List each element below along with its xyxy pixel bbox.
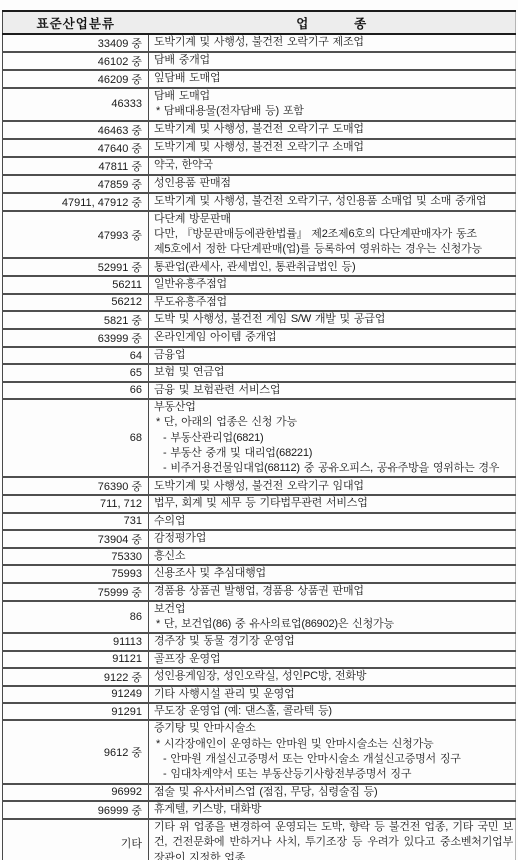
business-type-line: 골프장 운영업 — [154, 652, 513, 667]
business-type: 무도유흥주점업 — [149, 294, 516, 311]
table-row: 63999 중온라인게임 아이템 중개업 — [3, 329, 516, 347]
industry-code: 47911, 47912 중 — [3, 193, 149, 211]
business-type-line: 도박기계 및 사행성, 불건전 오락기구, 성인용품 소매업 및 소매 중개업 — [154, 194, 513, 209]
business-type: 담배 중개업 — [149, 52, 516, 70]
table-row: 96999 중휴게텔, 키스방, 대화방 — [3, 801, 516, 819]
business-type-line: 경주장 및 동물 경기장 운영업 — [154, 634, 513, 649]
business-type: 잎담배 도매업 — [149, 70, 516, 88]
business-type: 일반유흥주점업 — [149, 276, 516, 293]
business-type: 온라인게임 아이템 중개업 — [149, 329, 516, 347]
business-type-line: * 단, 아래의 업종은 신청 가능 — [154, 415, 513, 430]
table-row: 46209 중잎담배 도매업 — [3, 70, 516, 88]
business-type: 담배 도매업* 담배대용물(전자담배 등) 포함 — [149, 88, 516, 121]
business-type-line: 도박기계 및 사행성, 불건전 오락기구 제조업 — [154, 35, 513, 50]
industry-code: 66 — [3, 382, 149, 399]
industry-classification-table: 표준산업분류 업 종 33409 중도박기계 및 사행성, 불건전 오락기구 제… — [2, 10, 516, 860]
business-type-line: 통관업(관세사, 관세법인, 통관취급법인 등) — [154, 260, 513, 275]
industry-code: 5821 중 — [3, 311, 149, 329]
table-row: 66금융 및 보험관련 서비스업 — [3, 382, 516, 399]
business-type-line: 보건업 — [154, 602, 513, 617]
industry-code: 731 — [3, 513, 149, 530]
business-type: 도박기계 및 사행성, 불건전 오락기구 임대업 — [149, 477, 516, 495]
business-type-line: 성인용품 판매점 — [154, 176, 513, 191]
table-body: 33409 중도박기계 및 사행성, 불건전 오락기구 제조업46102 중담배… — [3, 34, 516, 860]
table-row: 65보험 및 연금업 — [3, 364, 516, 381]
industry-code: 47993 중 — [3, 211, 149, 259]
business-type-line: 약국, 한약국 — [154, 158, 513, 173]
business-type-line: 신용조사 및 추심대행업 — [154, 566, 513, 581]
business-type: 도박 및 사행성, 불건전 게임 S/W 개발 및 공급업 — [149, 311, 516, 329]
business-type-line: 경품용 상품권 발행업, 경품용 상품권 판매업 — [154, 584, 513, 599]
table-row: 76390 중도박기계 및 사행성, 불건전 오락기구 임대업 — [3, 477, 516, 495]
business-type-line: 보험 및 연금업 — [154, 365, 513, 380]
business-type: 보험 및 연금업 — [149, 364, 516, 381]
industry-code: 68 — [3, 399, 149, 477]
industry-code: 47859 중 — [3, 175, 149, 193]
industry-code: 63999 중 — [3, 329, 149, 347]
business-type-line: 담배 도매업 — [154, 89, 513, 104]
business-type-line: - 부동산관리업(6821) — [154, 431, 513, 446]
industry-code: 91249 — [3, 686, 149, 703]
business-type-line: * 담배대용물(전자담배 등) 포함 — [154, 104, 513, 119]
industry-code: 33409 중 — [3, 34, 149, 52]
business-type-line: - 임대차계약서 또는 부동산등기사항전부증명서 징구 — [154, 767, 513, 782]
business-type-line: 온라인게임 아이템 중개업 — [154, 330, 513, 345]
business-type-line: 일반유흥주점업 — [154, 277, 513, 292]
table-row: 86보건업* 단, 보건업(86) 중 유사의료업(86902)은 신청가능 — [3, 601, 516, 634]
table-row: 47993 중다단계 방문판매다만, 『방문판매등에관한법률』 제2조제6호의 … — [3, 211, 516, 259]
business-type-line: 금융 및 보험관련 서비스업 — [154, 383, 513, 398]
business-type: 점술 및 유사서비스업 (점집, 무당, 심령술집 등) — [149, 784, 516, 801]
industry-code: 96999 중 — [3, 801, 149, 819]
business-type: 기타 위 업종을 변경하여 운영되는 도박, 향락 등 불건전 업종, 기타 국… — [149, 819, 516, 860]
industry-code: 86 — [3, 601, 149, 634]
business-type-line: 도박기계 및 사행성, 불건전 오락기구 소매업 — [154, 140, 513, 155]
table-row: 75999 중경품용 상품권 발행업, 경품용 상품권 판매업 — [3, 583, 516, 601]
table-row: 91113경주장 및 동물 경기장 운영업 — [3, 633, 516, 650]
table-row: 46463 중도박기계 및 사행성, 불건전 오락기구 도매업 — [3, 121, 516, 139]
business-type-line: 흥신소 — [154, 549, 513, 564]
industry-code: 46463 중 — [3, 121, 149, 139]
business-type: 성인용품 판매점 — [149, 175, 516, 193]
business-type-line: 도박 및 사행성, 불건전 게임 S/W 개발 및 공급업 — [154, 312, 513, 327]
table-row: 33409 중도박기계 및 사행성, 불건전 오락기구 제조업 — [3, 34, 516, 52]
business-type: 경품용 상품권 발행업, 경품용 상품권 판매업 — [149, 583, 516, 601]
table-row: 9122 중성인용게임장, 성인오락실, 성인PC방, 전화방 — [3, 668, 516, 686]
industry-code: 기타 — [3, 819, 149, 860]
business-type-line: 다만, 『방문판매등에관한법률』 제2조제6호의 다단계판매자가 동조 — [154, 227, 513, 242]
business-type: 성인용게임장, 성인오락실, 성인PC방, 전화방 — [149, 668, 516, 686]
business-type: 신용조사 및 추심대행업 — [149, 565, 516, 582]
business-type-line: 감정평가업 — [154, 531, 513, 546]
industry-code: 56212 — [3, 294, 149, 311]
business-type-paragraph: 기타 위 업종을 변경하여 운영되는 도박, 향락 등 불건전 업종, 기타 국… — [154, 820, 513, 860]
industry-code: 711, 712 — [3, 495, 149, 512]
business-type-line: 무도유흥주점업 — [154, 295, 513, 310]
industry-code: 75999 중 — [3, 583, 149, 601]
table-row: 46333담배 도매업* 담배대용물(전자담배 등) 포함 — [3, 88, 516, 121]
business-type-line: * 단, 보건업(86) 중 유사의료업(86902)은 신청가능 — [154, 617, 513, 632]
business-type: 경주장 및 동물 경기장 운영업 — [149, 633, 516, 650]
industry-code: 96992 — [3, 784, 149, 801]
table-row: 96992점술 및 유사서비스업 (점집, 무당, 심령술집 등) — [3, 784, 516, 801]
table-row: 47640 중도박기계 및 사행성, 불건전 오락기구 소매업 — [3, 139, 516, 157]
table-row: 73904 중감정평가업 — [3, 530, 516, 548]
industry-code: 56211 — [3, 276, 149, 293]
business-type-line: 수의업 — [154, 514, 513, 529]
table-row: 기타기타 위 업종을 변경하여 운영되는 도박, 향락 등 불건전 업종, 기타… — [3, 819, 516, 860]
table-header: 표준산업분류 업 종 — [3, 11, 516, 34]
table-row: 711, 712법무, 회계 및 세무 등 기타법무관련 서비스업 — [3, 495, 516, 512]
industry-code: 76390 중 — [3, 477, 149, 495]
business-type-line: 금융업 — [154, 348, 513, 363]
header-row: 표준산업분류 업 종 — [3, 11, 516, 34]
industry-code: 75330 — [3, 548, 149, 565]
table-row: 9612 중증기탕 및 안마시술소* 시각장애인이 운영하는 안마원 및 안마시… — [3, 720, 516, 783]
business-type-line: 점술 및 유사서비스업 (점집, 무당, 심령술집 등) — [154, 785, 513, 800]
table-row: 56211일반유흥주점업 — [3, 276, 516, 293]
business-type-line: 휴게텔, 키스방, 대화방 — [154, 802, 513, 817]
table-row: 52991 중통관업(관세사, 관세법인, 통관취급법인 등) — [3, 258, 516, 276]
business-type-line: - 부동산 중개 및 대리업(68221) — [154, 446, 513, 461]
table-row: 91291무도장 운영업 (예: 댄스홀, 콜라텍 등) — [3, 703, 516, 720]
business-type: 다단계 방문판매다만, 『방문판매등에관한법률』 제2조제6호의 다단계판매자가… — [149, 211, 516, 259]
header-industry-code: 표준산업분류 — [3, 11, 149, 34]
business-type-line: 부동산업 — [154, 400, 513, 415]
business-type: 부동산업* 단, 아래의 업종은 신청 가능- 부동산관리업(6821)- 부동… — [149, 399, 516, 477]
business-type-line: 제5호에서 정한 다단계판매(업)를 등록하여 영위하는 경우는 신청가능 — [154, 242, 513, 257]
table-row: 68부동산업* 단, 아래의 업종은 신청 가능- 부동산관리업(6821)- … — [3, 399, 516, 477]
business-type: 증기탕 및 안마시술소* 시각장애인이 운영하는 안마원 및 안마시술소는 신청… — [149, 720, 516, 783]
industry-code: 91113 — [3, 633, 149, 650]
industry-code: 47811 중 — [3, 157, 149, 175]
table-row: 47911, 47912 중도박기계 및 사행성, 불건전 오락기구, 성인용품… — [3, 193, 516, 211]
industry-code: 52991 중 — [3, 258, 149, 276]
business-type-line: 성인용게임장, 성인오락실, 성인PC방, 전화방 — [154, 669, 513, 684]
business-type-line: 기타 사행시설 관리 및 운영업 — [154, 687, 513, 702]
table-row: 64금융업 — [3, 347, 516, 364]
document-page: 표준산업분류 업 종 33409 중도박기계 및 사행성, 불건전 오락기구 제… — [0, 0, 518, 860]
business-type: 약국, 한약국 — [149, 157, 516, 175]
table-row: 56212무도유흥주점업 — [3, 294, 516, 311]
table-row: 91121골프장 운영업 — [3, 651, 516, 668]
business-type-line: 담배 중개업 — [154, 53, 513, 68]
industry-code: 65 — [3, 364, 149, 381]
business-type: 금융업 — [149, 347, 516, 364]
business-type: 보건업* 단, 보건업(86) 중 유사의료업(86902)은 신청가능 — [149, 601, 516, 634]
header-business-type: 업 종 — [149, 11, 516, 34]
industry-code: 46209 중 — [3, 70, 149, 88]
business-type: 기타 사행시설 관리 및 운영업 — [149, 686, 516, 703]
business-type: 감정평가업 — [149, 530, 516, 548]
industry-code: 46102 중 — [3, 52, 149, 70]
industry-code: 91291 — [3, 703, 149, 720]
business-type-line: - 비주거용건물임대업(68112) 중 공유오피스, 공유주방을 영위하는 경… — [154, 461, 513, 476]
industry-code: 46333 — [3, 88, 149, 121]
business-type: 법무, 회계 및 세무 등 기타법무관련 서비스업 — [149, 495, 516, 512]
business-type: 금융 및 보험관련 서비스업 — [149, 382, 516, 399]
table-row: 75993신용조사 및 추심대행업 — [3, 565, 516, 582]
table-row: 47859 중성인용품 판매점 — [3, 175, 516, 193]
industry-code: 9612 중 — [3, 720, 149, 783]
business-type-line: 도박기계 및 사행성, 불건전 오락기구 도매업 — [154, 122, 513, 137]
business-type: 도박기계 및 사행성, 불건전 오락기구, 성인용품 소매업 및 소매 중개업 — [149, 193, 516, 211]
business-type-line: - 안마원 개설신고증명서 또는 안마시술소 개설신고증명서 징구 — [154, 752, 513, 767]
business-type-line: 법무, 회계 및 세무 등 기타법무관련 서비스업 — [154, 496, 513, 511]
business-type: 무도장 운영업 (예: 댄스홀, 콜라텍 등) — [149, 703, 516, 720]
business-type-line: 도박기계 및 사행성, 불건전 오락기구 임대업 — [154, 479, 513, 494]
business-type: 통관업(관세사, 관세법인, 통관취급법인 등) — [149, 258, 516, 276]
business-type: 수의업 — [149, 513, 516, 530]
business-type: 흥신소 — [149, 548, 516, 565]
table-row: 5821 중도박 및 사행성, 불건전 게임 S/W 개발 및 공급업 — [3, 311, 516, 329]
business-type: 휴게텔, 키스방, 대화방 — [149, 801, 516, 819]
industry-code: 47640 중 — [3, 139, 149, 157]
table-row: 46102 중담배 중개업 — [3, 52, 516, 70]
business-type-line: 잎담배 도매업 — [154, 71, 513, 86]
business-type-line: * 시각장애인이 운영하는 안마원 및 안마시술소는 신청가능 — [154, 737, 513, 752]
industry-code: 91121 — [3, 651, 149, 668]
business-type: 도박기계 및 사행성, 불건전 오락기구 소매업 — [149, 139, 516, 157]
table-row: 75330흥신소 — [3, 548, 516, 565]
industry-code: 64 — [3, 347, 149, 364]
table-row: 731수의업 — [3, 513, 516, 530]
business-type-line: 무도장 운영업 (예: 댄스홀, 콜라텍 등) — [154, 704, 513, 719]
table-row: 47811 중약국, 한약국 — [3, 157, 516, 175]
business-type: 도박기계 및 사행성, 불건전 오락기구 도매업 — [149, 121, 516, 139]
business-type: 도박기계 및 사행성, 불건전 오락기구 제조업 — [149, 34, 516, 52]
industry-code: 75993 — [3, 565, 149, 582]
industry-code: 9122 중 — [3, 668, 149, 686]
business-type-line: 다단계 방문판매 — [154, 212, 513, 227]
business-type: 골프장 운영업 — [149, 651, 516, 668]
industry-code: 73904 중 — [3, 530, 149, 548]
business-type-line: 증기탕 및 안마시술소 — [154, 721, 513, 736]
table-row: 91249기타 사행시설 관리 및 운영업 — [3, 686, 516, 703]
